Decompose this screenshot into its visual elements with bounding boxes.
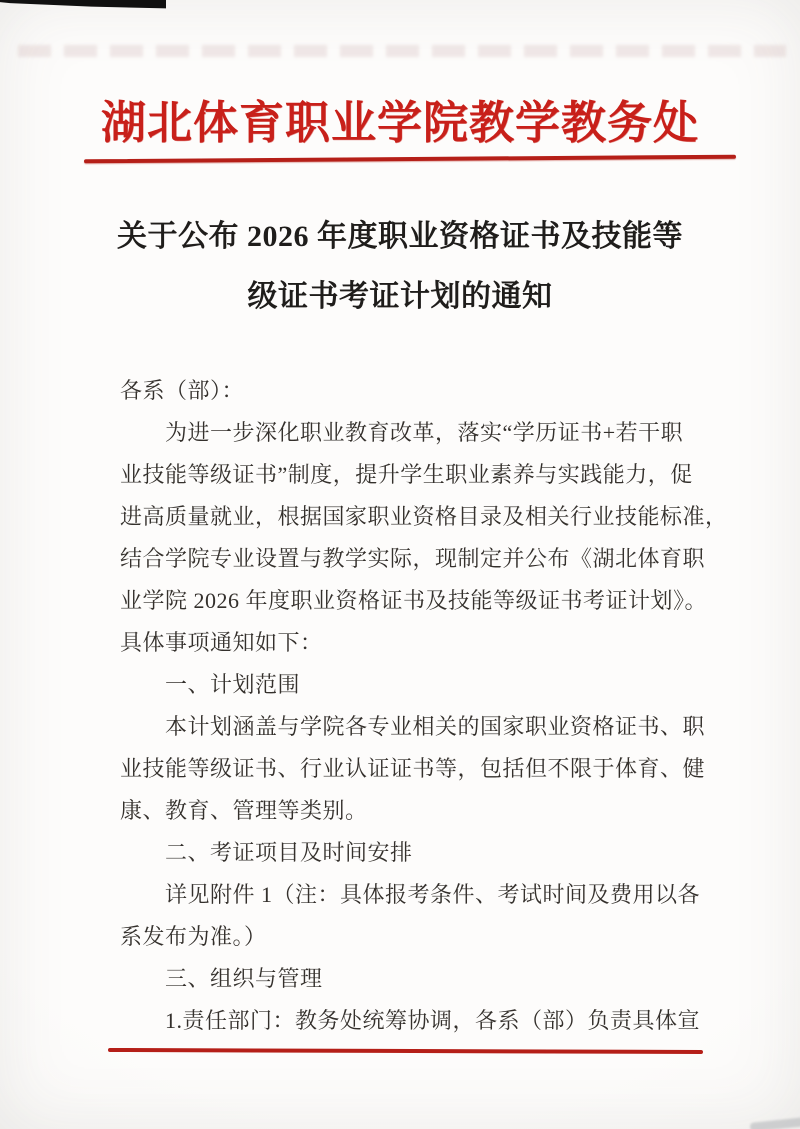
body-line: 系发布为准。） bbox=[120, 916, 720, 958]
body-line: 三、组织与管理 bbox=[120, 958, 720, 1000]
photo-edge-artifact bbox=[0, 0, 166, 12]
body-line: 业技能等级证书、行业认证证书等，包括但不限于体育、健 bbox=[120, 748, 720, 790]
footer-rule bbox=[108, 1048, 703, 1054]
body-line: 业技能等级证书”制度，提升学生职业素养与实践能力，促 bbox=[120, 454, 720, 496]
letterhead-rule bbox=[84, 155, 736, 164]
body-line: 一、计划范围 bbox=[120, 664, 720, 706]
notice-title: 关于公布 2026 年度职业资格证书及技能等 级证书考证计划的通知 bbox=[0, 207, 800, 327]
body-line: 为进一步深化职业教育改革，落实“学历证书+若干职 bbox=[120, 412, 720, 454]
body-line: 1.责任部门：教务处统筹协调，各系（部）负责具体宣 bbox=[120, 1000, 720, 1042]
body-line: 本计划涵盖与学院各专业相关的国家职业资格证书、职 bbox=[120, 706, 720, 748]
body-line: 业学院 2026 年度职业资格证书及技能等级证书考证计划》。 bbox=[120, 580, 720, 622]
document-body: 各系（部）：为进一步深化职业教育改革，落实“学历证书+若干职业技能等级证书”制度… bbox=[120, 370, 720, 1042]
body-line: 各系（部）： bbox=[120, 370, 720, 412]
letterhead-title: 湖北体育职业学院教学教务处 bbox=[0, 97, 800, 149]
body-line: 进高质量就业，根据国家职业资格目录及相关行业技能标准， bbox=[120, 496, 720, 538]
body-line: 具体事项通知如下： bbox=[120, 622, 720, 664]
photo-corner-artifact bbox=[750, 1117, 800, 1129]
body-line: 康、教育、管理等类别。 bbox=[120, 790, 720, 832]
notice-title-line1: 关于公布 2026 年度职业资格证书及技能等 bbox=[0, 207, 800, 267]
document-page: 湖北体育职业学院教学教务处 关于公布 2026 年度职业资格证书及技能等 级证书… bbox=[0, 0, 800, 1129]
notice-title-line2: 级证书考证计划的通知 bbox=[0, 267, 800, 327]
body-line: 二、考证项目及时间安排 bbox=[120, 832, 720, 874]
body-line: 详见附件 1（注：具体报考条件、考试时间及费用以各 bbox=[120, 874, 720, 916]
bleedthrough-artifact bbox=[18, 45, 786, 57]
body-line: 结合学院专业设置与教学实际，现制定并公布《湖北体育职 bbox=[120, 538, 720, 580]
